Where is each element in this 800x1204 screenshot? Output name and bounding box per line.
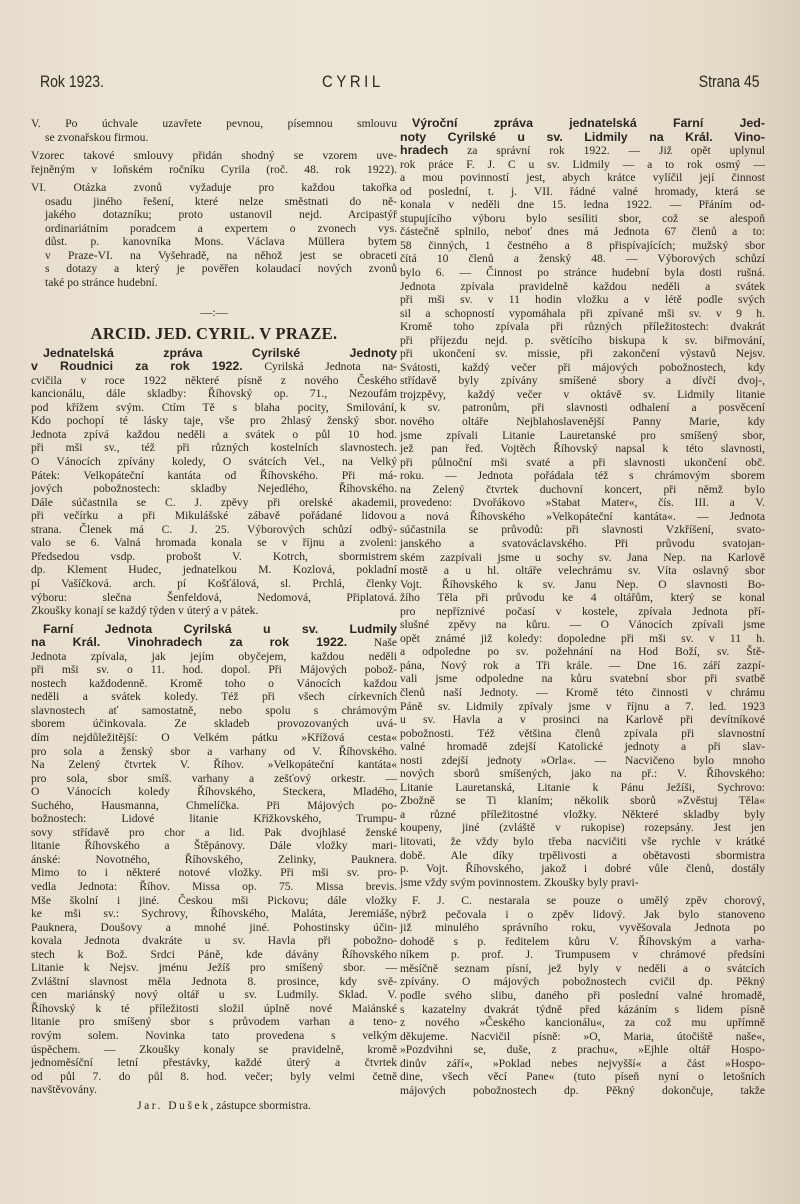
text-line: žího Těla při průvodu ke 4 oltářům, kter… xyxy=(400,591,765,605)
text-line: v Praze-VI. na Vyšehradě, na něhož jest … xyxy=(31,249,397,263)
text-line: a různé příležitostné vložky. Některé sk… xyxy=(400,808,765,822)
text-line: vedla Jednota: Říhov. Missa op. 75. Miss… xyxy=(31,880,397,894)
text-line: na Král. Vinohradech za rok 1922. Naše xyxy=(31,636,397,650)
report-heading: na Král. Vinohradech za rok 1922. xyxy=(31,635,347,649)
text-line: a mou povinností jest, abych krátce vylí… xyxy=(400,171,765,185)
text-line: ánské: Novotného, Říhovského, Zelinky, P… xyxy=(31,853,397,867)
text-line: při mši sv., též při různých kostelních … xyxy=(31,441,397,455)
text-line: slavnostech ať samostatně, nebo spolu s … xyxy=(31,704,397,718)
text-line: Zvláštní slavnost měla Jednota 8. prosin… xyxy=(31,975,397,989)
text-line: Říhovský k té příležitosti složil úplně … xyxy=(31,1002,397,1016)
text-line: cvičila v roce 1922 některé písně z nové… xyxy=(31,374,397,388)
text-line: při příjezdu nejd. p. světícího biskupa … xyxy=(400,334,765,348)
text-line: V. Po úchvale uzavřete pevnou, písemnou … xyxy=(31,117,397,131)
text-line: sovy střídavě pro chor a lid. Pak dvojhl… xyxy=(31,826,397,840)
text-line: u sv. Havla a v prosinci na Karlově při … xyxy=(400,713,765,727)
report-heading: hradech xyxy=(400,143,448,157)
text-line: níkem p. prof. J. Trumpusem v chrámové p… xyxy=(400,948,765,962)
report-heading: Jednatelská zpráva Cyrilské Jednoty xyxy=(31,347,397,361)
report-heading: Výroční zpráva jednatelská Farní Jed- xyxy=(400,117,765,131)
text-line: se zvonařskou firmou. xyxy=(31,131,397,145)
text-line: od půl 7. do půl 8. hod. večer; byly vel… xyxy=(31,1070,397,1084)
text-line: od poslední, t. j. VII. řádné valné hrom… xyxy=(400,185,765,199)
item-vi: VI. Otázka zvonů vyžaduje pro každou tak… xyxy=(31,181,397,289)
signature: Jar. Dušek, zástupce sbormistra. xyxy=(31,1099,397,1113)
text-line: nosti zdejší jednoty »Orla«. — Nacvičeno… xyxy=(400,754,765,768)
page-header: Rok 1923. CYRIL Strana 45 xyxy=(40,73,760,97)
text-line: děkujeme. Nacvičil písně: »O, Maria, úto… xyxy=(400,1030,765,1044)
text-line: opět známé již koledy: dopoledne při mši… xyxy=(400,632,765,646)
text-line: pod křížem svým. Ctím Tě s blaha pocity,… xyxy=(31,401,397,415)
header-year: Rok 1923. xyxy=(40,73,104,92)
text-line: výboru: slečna Šenfeldová, Nedomová, Při… xyxy=(31,591,397,605)
text-line: »Pozdvihni se, duše, z prachu«, »Ejhle o… xyxy=(400,1043,765,1057)
text-line: slušné zpěvy na kůru. — O Vánocích zpíva… xyxy=(400,618,765,632)
text-line: navštěvovány. xyxy=(31,1083,397,1097)
text-line: Zbožně se Ti klaním; několik sborů »Zvěs… xyxy=(400,794,765,808)
text-line: litovati, že vždy bylo třeba nacvičiti v… xyxy=(400,835,765,849)
header-page-number: Strana 45 xyxy=(699,73,760,92)
text-line: a nová Říhovského »Velkopáteční kantáta«… xyxy=(400,510,765,524)
text-line: v Roudnici za rok 1922. Cyrilská Jednota… xyxy=(31,360,397,374)
text-line: již minulého správního roku, vyvěšovala … xyxy=(400,921,765,935)
text-line: pro sola a ženský sbor a varhany od V. Ř… xyxy=(31,745,397,759)
text-line: konala v neděli dne 15. ledna 1922. — Př… xyxy=(400,198,765,212)
text-line: Dále súčastnila se C. J. zpěvy při orels… xyxy=(31,496,397,510)
text-line: stech k Bož. Srdci Páně, kde dávány Řího… xyxy=(31,948,397,962)
right-column: Výroční zpráva jednatelská Farní Jed- no… xyxy=(400,117,765,1097)
text-line: valo se 6. Valná hromada konala se v říj… xyxy=(31,536,397,550)
item-v: V. Po úchvale uzavřete pevnou, písemnou … xyxy=(31,117,397,144)
text-line: Kdo pochopí té lásky taje, vše pro 2hlas… xyxy=(31,414,397,428)
header-journal-title: CYRIL xyxy=(322,73,384,92)
text-line: jednoměsíční letní přestávky, každé úter… xyxy=(31,1056,397,1070)
text-line: nového oltáře Nejblahoslavenější Panny M… xyxy=(400,415,765,429)
contract-note: Vzorec takové smlouvy přidán shodný se v… xyxy=(31,149,397,176)
text-line: ském zazpívali jsme u sochy sv. Jana Nep… xyxy=(400,551,765,565)
signature-title: , zástupce sbormistra. xyxy=(210,1099,310,1112)
text-line: dp. Klement Hudec, jednatelkou M. Kozlov… xyxy=(31,563,397,577)
text-line: jsme zpívali Litanie Lauretanské pro smí… xyxy=(400,429,765,443)
text-line: nýbrž pečovala i o zpěv lidový. Jak bylo… xyxy=(400,908,765,922)
text-line: bylo 6. — Činnost po stránce hudební byl… xyxy=(400,266,765,280)
text-line: Litanie k Nejsv. jménu Ježíš pro smíšený… xyxy=(31,961,397,975)
text-line: pána, Nový rok a Tři krále. — Dne 16. zá… xyxy=(400,659,765,673)
text-line: Kromě toho zpívala při různých příležito… xyxy=(400,320,765,334)
folk-singing-report: F. J. C. nestarala se pouze o umělý zpěv… xyxy=(400,894,765,1097)
roudnice-report: Jednatelská zpráva Cyrilské Jednoty v Ro… xyxy=(31,347,397,618)
text-line: hradech za správní rok 1922. — Již opět … xyxy=(400,144,765,158)
text-line: sil a schopností vypomáhala při zpívané … xyxy=(400,307,765,321)
text-line: pí Vašíčková. arch. pí Košťálová, sl. Pr… xyxy=(31,577,397,591)
text-line: sborem účinkovala. Ze skladeb provozovan… xyxy=(31,717,397,731)
text-line: jsme vždy svým povinnostem. Zkoušky byly… xyxy=(400,876,765,890)
text-line: při půlnoční mši svaté a při slavnosti u… xyxy=(400,456,765,470)
text-line: dinův září«, »Poklad nebes nejvyšší« a č… xyxy=(400,1057,765,1071)
text-line: O Vánocích koledy Říhovského, Steckera, … xyxy=(31,785,397,799)
text-line: na Zelený čtvrtek duchovní koncert, při … xyxy=(400,483,765,497)
text-line: Mše školní i jiné. Českou mši Pickovu; d… xyxy=(31,894,397,908)
text-line: při mši sv. o 11. hod. dopol. Při Májový… xyxy=(31,663,397,677)
text-line: členů naší Jednoty. — Kromě této činnost… xyxy=(400,686,765,700)
text-line: jových pobožnostech: skladby Nejedlého, … xyxy=(31,482,397,496)
text-line: Jednota zpívala pravidelně každou neděli… xyxy=(400,280,765,294)
text-line: pro sola, sbor smíš. varhany a zešťový o… xyxy=(31,772,397,786)
text-line: jež pan řed. Vojtěch Říhovský napsal k t… xyxy=(400,442,765,456)
text-line: provedeno: Dvořákovo »Stabat Mater«, čís… xyxy=(400,496,765,510)
text-line: vali jsme odpoledne na kůru svatební sbo… xyxy=(400,672,765,686)
document-page: Rok 1923. CYRIL Strana 45 V. Po úchvale … xyxy=(0,0,800,1204)
text-line: Zkoušky konají se každý týden v úterý a … xyxy=(31,604,397,618)
text-line: Jednota zpívala, jak jejím obyčejem, kaž… xyxy=(31,650,397,664)
text-line: Svátosti, každý večer při májových pobož… xyxy=(400,361,765,375)
text-line: rok práce F. J. C u sv. Lidmily — a to r… xyxy=(400,158,765,172)
text-line: Mimo to i některé notové vložky. Při mši… xyxy=(31,866,397,880)
text-line: s dotazy a který je pověřen kolaudací no… xyxy=(31,262,397,276)
ludmila-report: Farní Jednota Cyrilská u sv. Ludmily na … xyxy=(31,623,397,1113)
section-divider: —:— xyxy=(31,306,397,320)
text-line: řejněným v loňském ročníku Cyrila (roč. … xyxy=(31,163,397,177)
text-line: ordinariátním poradcem a expertem o zvon… xyxy=(31,222,397,236)
text-line: při ukončení sv. missie, při zakončení v… xyxy=(400,347,765,361)
text-line: litanie Říhovského a Štěpánovy. Dále vlo… xyxy=(31,839,397,853)
report-heading: Farní Jednota Cyrilská u sv. Ludmily xyxy=(31,623,397,637)
text-line: Jednota zpívá každou neděli a svátek o p… xyxy=(31,428,397,442)
text-line: 58 činných, 1 čestného a 8 přispívajícíc… xyxy=(400,239,765,253)
signature-name: Jar. Dušek xyxy=(137,1099,210,1112)
text-line: cen mariánský nový oltář u sv. Ludmily. … xyxy=(31,988,397,1002)
text-line: pro nepříznivé počasí v kostele, zpívala… xyxy=(400,605,765,619)
left-column: V. Po úchvale uzavřete pevnou, písemnou … xyxy=(31,117,397,1112)
text-line: ke mši sv.: Sychrovy, Říhovského, Maláta… xyxy=(31,907,397,921)
text-line: stupujícího výboru bylo sesíliti sbor, c… xyxy=(400,212,765,226)
text-line: kovala Jednota dvakráte u sv. Havla při … xyxy=(31,934,397,948)
text-line: zpívány. O májových pobožnostech cvičil … xyxy=(400,975,765,989)
text-line: valné hromadě zdejší Katolické jednoty a… xyxy=(400,740,765,754)
text-line: pobožnosti. Též většina členů zpívala př… xyxy=(400,727,765,741)
text-line: Předsedou vsdp. probošt V. Kotrch, sborm… xyxy=(31,550,397,564)
text-line: strana. Členek má C. J. 25. Výborových s… xyxy=(31,523,397,537)
text-line: májových pobožnostech dp. Pěkný dokončuj… xyxy=(400,1084,765,1098)
text-line: z nového »Českého kancionálu«, za což mu… xyxy=(400,1016,765,1030)
text-line: koupeny, jiné (zvláště v rukopise) rozep… xyxy=(400,821,765,835)
text-line: litanie pro smíšený sbor s průvodem varh… xyxy=(31,1015,397,1029)
text-line: p. Vojt. Říhovského, jakož i dobré vůle … xyxy=(400,862,765,876)
section-title: ARCID. JED. CYRIL. V PRAZE. xyxy=(31,327,397,341)
report-heading: noty Cyrilské u sv. Lidmily na Král. Vin… xyxy=(400,131,765,145)
text-line: Páně sv. Lidmily zpívaly jsme v říjnu a … xyxy=(400,700,765,714)
report-heading: v Roudnici za rok 1922. xyxy=(31,359,243,373)
text-line: měsíčně seznam písní, jež byly v neděli … xyxy=(400,962,765,976)
annual-report: Výroční zpráva jednatelská Farní Jed- no… xyxy=(400,117,765,889)
text-line: Litanie Lauretanská, Litanie k Pánu Ježí… xyxy=(400,781,765,795)
text-line: částečně splnilo, neboť dnes má Jednota … xyxy=(400,225,765,239)
text-line: nových sborů smíšených, jako na př.: V. … xyxy=(400,767,765,781)
text-line: a odpoledne po sv. požehnání na Hod Boží… xyxy=(400,645,765,659)
text-line: súčastnila se průvodů: při slavnosti Vzk… xyxy=(400,523,765,537)
text-line: F. J. C. nestarala se pouze o umělý zpěv… xyxy=(400,894,765,908)
text-line: s kazatelny dvakrát týdně před kázáním s… xyxy=(400,1003,765,1017)
text-line: střídavě byly zpívány smíšené sbory a dí… xyxy=(400,374,765,388)
text-line: Pátek: Velkopáteční kantáta od Říhovskéh… xyxy=(31,469,397,483)
text-line: úspěchem. — Zkoušky konaly se pravidelně… xyxy=(31,1043,397,1057)
text-line: Vojt. Říhovského k sv. Janu Nep. O slavn… xyxy=(400,578,765,592)
text-line: jakého dotazníku; proto ustanovil nejd. … xyxy=(31,208,397,222)
text-line: důst. p. kanovníka Mons. Václava Müllera… xyxy=(31,235,397,249)
text-line: osadu jiného řešení, které nelze směstna… xyxy=(31,195,397,209)
text-line: dohodě s p. ředitelem kůru V. Říhovským … xyxy=(400,935,765,949)
text-line: Vzorec takové smlouvy přidán shodný se v… xyxy=(31,149,397,163)
text-line: Pauknera, Doušovy a mnohé jiné. Pohostin… xyxy=(31,921,397,935)
text-line: k sv. patronům, při slavnosti odhalení a… xyxy=(400,401,765,415)
text-line: také po stránce hudební. xyxy=(31,276,397,290)
text-line: podle svého slibu, daného při poslední v… xyxy=(400,989,765,1003)
text-line: době. Ale díky trpělivosti a obětavosti … xyxy=(400,849,765,863)
text-line: neděli a svátek koledy. Též při všech cí… xyxy=(31,690,397,704)
text-line: božnostech: Lidové litanie Křížkovského,… xyxy=(31,812,397,826)
text-line: při večírku a při Mikulášské zábavě pořá… xyxy=(31,509,397,523)
text-line: O Vánocích zpívány koledy, O svátcích Ve… xyxy=(31,455,397,469)
text-line: kancionálu, dále skladby: Říhovský op. 7… xyxy=(31,387,397,401)
text-line: Suchého, Hausmanna, Chmelíčka. Při Májov… xyxy=(31,799,397,813)
text-line: Na Zelený čtvrtek V. Říhov. »Velkopátečn… xyxy=(31,758,397,772)
text-line: nostech každodenně. Kromě toho o Vánocíc… xyxy=(31,677,397,691)
text-line: janského a svatováclavského. Při průvodu… xyxy=(400,537,765,551)
text-line: trojzpěvy, každý večer v oktávě sv. Lidm… xyxy=(400,388,765,402)
text-line: čítá 10 členů a ženský 48. — Výborových … xyxy=(400,252,765,266)
text-line: mostě a u hl. oltáře velechrámu sv. Víta… xyxy=(400,564,765,578)
text-line: VI. Otázka zvonů vyžaduje pro každou tak… xyxy=(31,181,397,195)
text-line: rovým solem. Novinka tato provedena s ve… xyxy=(31,1029,397,1043)
text-line: dím nejdůležitější: O Velkém pátku »Kříž… xyxy=(31,731,397,745)
text-line: při mši sv. v 11 hodin vložku a v létě p… xyxy=(400,293,765,307)
text-line: roku. — Jednota pořádala též s chrámovým… xyxy=(400,469,765,483)
text-line: dine, všech věcí Pane« (tuto píseň nyní … xyxy=(400,1070,765,1084)
